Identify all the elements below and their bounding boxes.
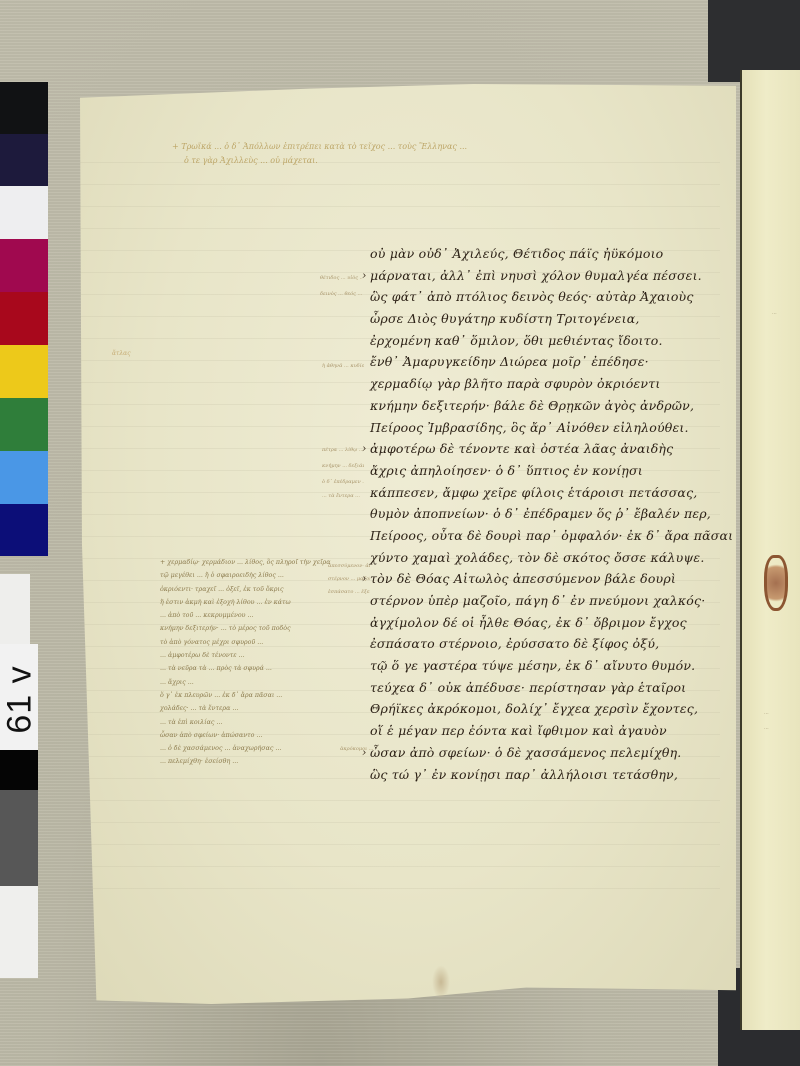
scholion-line: ... ἀπὸ τοῦ ... κεκρυμμένου ... xyxy=(160,609,350,622)
gray-patch-black xyxy=(0,750,38,790)
scholion-line: ... ἀμφοτέρω δὲ τένοντε ... xyxy=(160,649,350,662)
verse-line: τῷ ὅ γε γαστέρα τύψε μέσην, ἐκ δ᾽ αἴνυτο… xyxy=(370,655,705,677)
color-calibration-target xyxy=(0,82,50,556)
verse-line: στέρνον ὑπὲρ μαζοῖο, πάγη δ᾽ ἐν πνεύμονι… xyxy=(370,590,705,612)
verse-line: κάππεσεν, ἄμφω χεῖρε φίλοις ἑτάροισι πετ… xyxy=(370,482,705,504)
margin-gloss: θέτιδος ... υἱὸς ... τῆς ... καλλικόμου xyxy=(320,274,362,283)
scholion-line: ... πελεμίχθη· ἐσείσθη ... xyxy=(160,755,350,768)
facing-page-note: ... xyxy=(764,725,769,731)
scholion-line: ... ὁ δὲ χασσάμενος ... ἀναχωρήσας ... xyxy=(160,742,350,755)
facing-page: ... ... ... xyxy=(740,70,800,1030)
scholion-line: + χερμαδίῳ· χερμάδιον ... λίθος, ὃς πληρ… xyxy=(160,556,350,569)
scholion-line: ... τὰ νεῦρα τὰ ... πρὸς τὰ σφυρά ... xyxy=(160,662,350,675)
scholion-line: ὦσαν ἀπὸ σφείων· ἀπώσαντο ... xyxy=(160,729,350,742)
folio-number: 61 v xyxy=(1,650,40,750)
header-note: + Τρωϊκά ... ὁ δ᾽ Ἀπόλλων ἐπιτρέπει κατὰ… xyxy=(172,140,712,168)
verse-line: θυμὸν ἀποπνείων· ὁ δ᾽ ἐπέδραμεν ὅς ῥ᾽ ἔβ… xyxy=(370,503,705,525)
verse-line: κνήμην δεξιτερήν· βάλε δὲ Θρῃκῶν ἀγὸς ἀν… xyxy=(370,395,705,417)
main-text-block: οὐ μὰν οὐδ᾽ Ἀχιλεύς, Θέτιδος πάϊς ἠϋκόμο… xyxy=(370,243,705,785)
swatch-red xyxy=(0,292,48,345)
header-note-line: + Τρωϊκά ... ὁ δ᾽ Ἀπόλλων ἐπιτρέπει κατὰ… xyxy=(172,140,712,154)
swatch-cyan-blue xyxy=(0,451,48,504)
swatch-green xyxy=(0,398,48,451)
verse-line: Θρήϊκες ἀκρόκομοι, δολίχ᾽ ἔγχεα χερσὶν ἔ… xyxy=(370,698,705,720)
verse-line: ἐρχομένη καθ᾽ ὅμιλον, ὅθι μεθιέντας ἴδοι… xyxy=(370,330,705,352)
scholion-line: κνήμην δεξιτερήν· ... τὸ μέρος τοῦ ποδὸς xyxy=(160,622,350,635)
swatch-navy xyxy=(0,504,48,556)
water-stain xyxy=(432,965,450,999)
gray-patch-mid xyxy=(0,790,38,886)
header-note-line: ὁ τε γὰρ Ἀχιλλεὺς ... οὐ μάχεται. xyxy=(172,154,712,168)
margin-gloss: ὁ δ᾽ ἐπέδραμεν ... xyxy=(322,478,364,487)
margin-gloss: πέτρα ... λίθῳ ... τραχεῖ xyxy=(322,446,364,455)
scholion-line: τῷ μεγέθει ... ἢ ὁ σφαιροειδὴς λίθος ... xyxy=(160,569,350,582)
scholion-line: τὸ ἀπὸ γόνατος μέχρι σφυροῦ ... xyxy=(160,636,350,649)
verse-line: τὸν δὲ Θόας Αἰτωλὸς ἀπεσσύμενον βάλε δου… xyxy=(370,568,705,590)
verse-line: ἀμφοτέρω δὲ τένοντε καὶ ὀστέα λᾶας ἀναιδ… xyxy=(370,438,705,460)
verse-line: τεύχεα δ᾽ οὐκ ἀπέδυσε· περίστησαν γὰρ ἑτ… xyxy=(370,677,705,699)
scholion-line: ... ἄχρις ... xyxy=(160,676,350,689)
margin-gloss: ἡ ἀθηνᾶ ... κυδίστη xyxy=(322,362,364,371)
verse-line: ἔνθ᾽ Ἀμαρυγκείδην Διώρεα μοῖρ᾽ ἐπέδησε· xyxy=(370,351,705,373)
swatch-dark-blue xyxy=(0,134,48,186)
scholia-block: + χερμαδίῳ· χερμάδιον ... λίθος, ὃς πληρ… xyxy=(160,556,350,769)
swatch-white xyxy=(0,186,48,239)
facing-page-note: ... xyxy=(764,710,769,716)
margin-gloss: ... τὰ ἔντερα ... xyxy=(322,492,364,501)
verse-line: ἐσπάσατο στέρνοιο, ἐρύσσατο δὲ ξίφος ὀξύ… xyxy=(370,633,705,655)
folio-label: 61 v xyxy=(0,644,38,750)
scholion-line: ὀκριόεντι· τραχεῖ ... ὀξεῖ, ἐκ τοῦ ὄκρις xyxy=(160,583,350,596)
verse-line: ἄχρις ἀπηλοίησεν· ὁ δ᾽ ὕπτιος ἐν κονίῃσι xyxy=(370,460,705,482)
verse-line: χερμαδίῳ γὰρ βλῆτο παρὰ σφυρὸν ὀκριόεντι xyxy=(370,373,705,395)
decorative-initial-icon xyxy=(764,555,788,611)
swatch-magenta xyxy=(0,239,48,292)
verse-line: ὣς φάτ᾽ ἀπὸ πτόλιος δεινὸς θεός· αὐτὰρ Ἀ… xyxy=(370,286,705,308)
verse-line: ἀγχίμολον δέ οἱ ἦλθε Θόας, ἐκ δ᾽ ὄβριμον… xyxy=(370,612,705,634)
scholion-line: ἥ ἐστιν ἀκμὴ καὶ ἐξοχὴ λίθου ... ἐν κάτω xyxy=(160,596,350,609)
verse-line: ὦρσε Διὸς θυγάτηρ κυδίστη Τριτογένεια, xyxy=(370,308,705,330)
margin-gloss: κνήμην ... δεξιάν xyxy=(322,462,364,471)
verse-line: Πείροος, οὖτα δὲ δουρὶ παρ᾽ ὀμφαλόν· ἐκ … xyxy=(370,525,705,547)
verse-line: χύντο χαμαὶ χολάδες, τὸν δὲ σκότος ὄσσε … xyxy=(370,547,705,569)
scholion-line: χολάδες· ... τὰ ἔντερα ... xyxy=(160,702,350,715)
swatch-black xyxy=(0,82,48,134)
gray-patch-white xyxy=(0,574,30,644)
verse-line: μάρναται, ἀλλ᾽ ἐπὶ νηυσὶ χόλον θυμαλγέα … xyxy=(370,265,705,287)
facing-page-note: ... xyxy=(772,310,777,316)
verse-line: ὦσαν ἀπὸ σφείων· ὁ δὲ χασσάμενος πελεμίχ… xyxy=(370,742,705,764)
verse-line: ὣς τώ γ᾽ ἐν κονίῃσι παρ᾽ ἀλλήλοισι τετάσ… xyxy=(370,764,705,786)
scholion-line: ὅ γ᾽ ἐκ πλευρῶν ... ἐκ δ᾽ ἄρα πᾶσαι ... xyxy=(160,689,350,702)
gray-patch-light xyxy=(0,886,38,978)
margin-gloss: ἄτλας xyxy=(112,350,131,357)
verse-line: οἵ ἑ μέγαν περ ἐόντα καὶ ἴφθιμον καὶ ἀγα… xyxy=(370,720,705,742)
grayscale-folio-card: 61 v xyxy=(0,574,38,978)
margin-gloss: δεινὸς ... θεός ... ὁ ἀπόλλων xyxy=(320,290,362,299)
verse-line: οὐ μὰν οὐδ᾽ Ἀχιλεύς, Θέτιδος πάϊς ἠϋκόμο… xyxy=(370,243,705,265)
swatch-yellow xyxy=(0,345,48,398)
scholion-line: ... τὰ ἐπὶ κοιλίας ... xyxy=(160,716,350,729)
verse-line: Πείροος Ἰμβρασίδης, ὃς ἄρ᾽ Αἰνόθεν εἰληλ… xyxy=(370,417,705,439)
